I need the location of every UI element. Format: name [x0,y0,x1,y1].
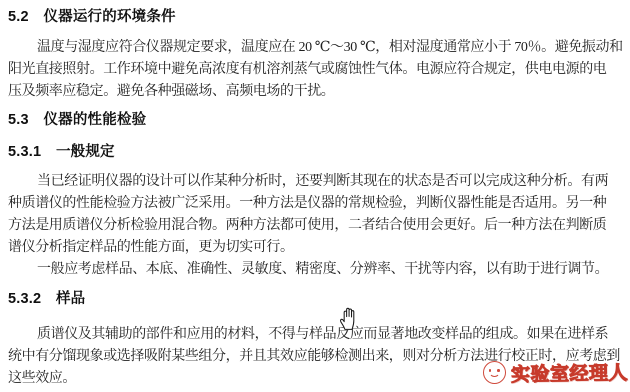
body-line: 方法是用质谱仪分析检验用混合物。两种方法都可使用，二者结合使用会更好。后一种方法… [8,215,626,237]
body-line: 阳光直接照射。工作环境中避免高浓度有机溶剂蒸气或腐蚀性气体。电源应符合规定，供电… [8,59,626,81]
watermark-text: 实验室经理人 [511,358,628,387]
section-heading-5-2: 5.2 仪器运行的环境条件 [8,6,626,28]
watermark: 实验室经理人 [483,359,628,386]
body-line: 当已经证明仪器的设计可以作某种分析时，还要判断其现在的状态是否可以完成这种分析。… [8,171,626,193]
section-heading-5-3: 5.3 仪器的性能检验 [8,109,626,131]
body-line: 压及频率应稳定。避免各种强磁场、高频电场的干扰。 [8,81,626,103]
section-heading-5-3-2: 5.3.2 样品 [8,288,626,310]
document-page: 5.2 仪器运行的环境条件 温度与湿度应符合仪器规定要求，温度应在 20 ℃～3… [0,0,630,392]
watermark-logo-icon [483,361,506,384]
body-line: 谱仪分析指定样品的性能方面，更为切实可行。 [8,237,626,259]
body-line: 温度与湿度应符合仪器规定要求，温度应在 20 ℃～30 ℃，相对湿度通常应小于 … [8,37,626,59]
body-line: 质谱仪及其辅助的部件和应用的材料，不得与样品反应而显著地改变样品的组成。如果在进… [8,324,626,346]
section-heading-5-3-1: 5.3.1 一般规定 [8,141,626,163]
body-line: 一般应考虑样品、本底、准确性、灵敏度、精密度、分辨率、干扰等内容，以有助于进行调… [8,259,626,281]
body-line: 种质谱仪的性能检验方法被广泛采用。一种方法是仪器的常规检验，判断仪器性能是否适用… [8,193,626,215]
